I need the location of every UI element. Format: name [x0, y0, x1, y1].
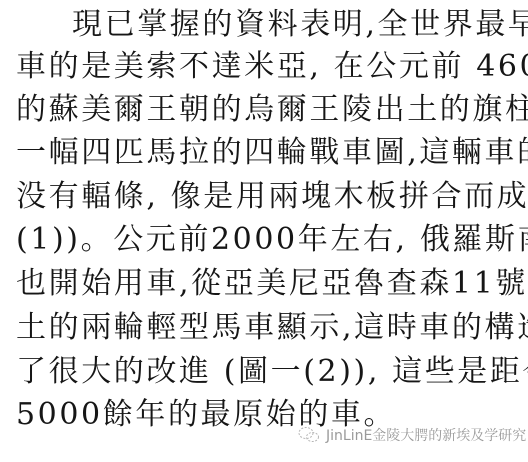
text-line-1: 現已掌握的資料表明,全世界最早使用 — [72, 7, 516, 43]
text-line-9: 了很大的改進 (圖一(2)), 這些是距今 — [16, 354, 516, 390]
text-line-5: 没有輻條, 像是用兩塊木板拼合而成(圖一 — [16, 179, 516, 215]
text-line-3: 的蘇美爾王朝的烏爾王陵出土的旗柱上,有 — [16, 92, 516, 128]
text-line-2: 車的是美索不達米亞, 在公元前 4600 多年 — [16, 49, 516, 85]
text-line-8: 土的兩輪輕型馬車顯示,這時車的構造已有 — [16, 310, 516, 346]
text-line-7: 也開始用車,從亞美尼亞魯查森11號古墓出 — [16, 266, 516, 302]
text-line-4: 一幅四匹馬拉的四輪戰車圖,這輛車的車輪 — [16, 135, 516, 171]
text-line-6: (1))。公元前2000年左右, 俄羅斯南部草原 — [16, 222, 516, 258]
wechat-icon — [298, 426, 320, 444]
watermark-text: JinLinE金陵大腭的新埃及学研究 — [326, 425, 526, 445]
scanned-page: 現已掌握的資料表明,全世界最早使用 車的是美索不達米亞, 在公元前 4600 多… — [0, 0, 528, 462]
watermark: JinLinE金陵大腭的新埃及学研究 — [298, 425, 526, 445]
